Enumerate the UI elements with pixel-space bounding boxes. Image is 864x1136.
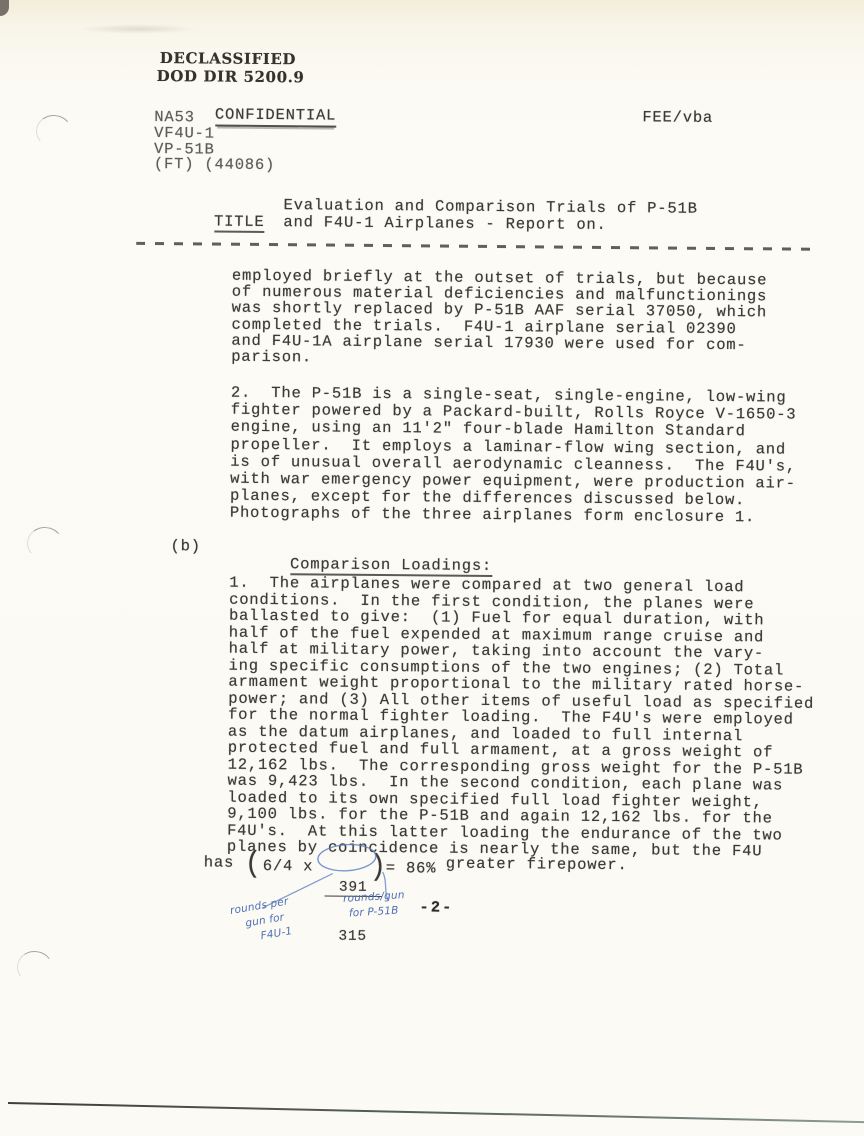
- declassified-stamp-line2: DOD DIR 5200.9: [157, 67, 305, 86]
- formula-suffix: greater firepower.: [446, 856, 628, 874]
- section-b-label: (b): [171, 538, 201, 555]
- section-b-paragraph: 1. The airplanes were compared at two ge…: [227, 575, 815, 861]
- paragraph-2: 2. The P-51B is a single-seat, single-en…: [230, 385, 797, 528]
- routing-code: FEE/vba: [642, 109, 713, 126]
- file-reference-block: NA53VF4U-1VP-51B(FT) (44086): [154, 110, 276, 174]
- scanned-document-page: DECLASSIFIED DOD DIR 5200.9 CONFIDENTIAL…: [0, 0, 864, 1136]
- text-line: Photographs of the three airplanes form …: [230, 505, 796, 527]
- declassified-stamp-line1: DECLASSIFIED: [160, 49, 296, 68]
- title-label: TITLE: [153, 196, 265, 246]
- handwritten-note-right: rounds/gun for P-51B: [343, 888, 406, 922]
- text-line: and F4U-1 Airplanes - Report on.: [283, 214, 697, 235]
- title-label-text: TITLE: [214, 212, 265, 232]
- paragraph-1: employed briefly at the outset of trials…: [231, 268, 767, 370]
- document-content: DECLASSIFIED DOD DIR 5200.9 CONFIDENTIAL…: [0, 0, 864, 1136]
- section-b-heading-text: Comparison Loadings:: [290, 555, 492, 577]
- text-line: (FT) (44086): [154, 157, 275, 174]
- page-number: -2-: [419, 899, 453, 916]
- handwritten-note-left: rounds per gun for F4U-1: [229, 894, 295, 948]
- dashed-separator: [136, 242, 813, 251]
- title-text: Evaluation and Comparison Trials of P-51…: [283, 197, 697, 235]
